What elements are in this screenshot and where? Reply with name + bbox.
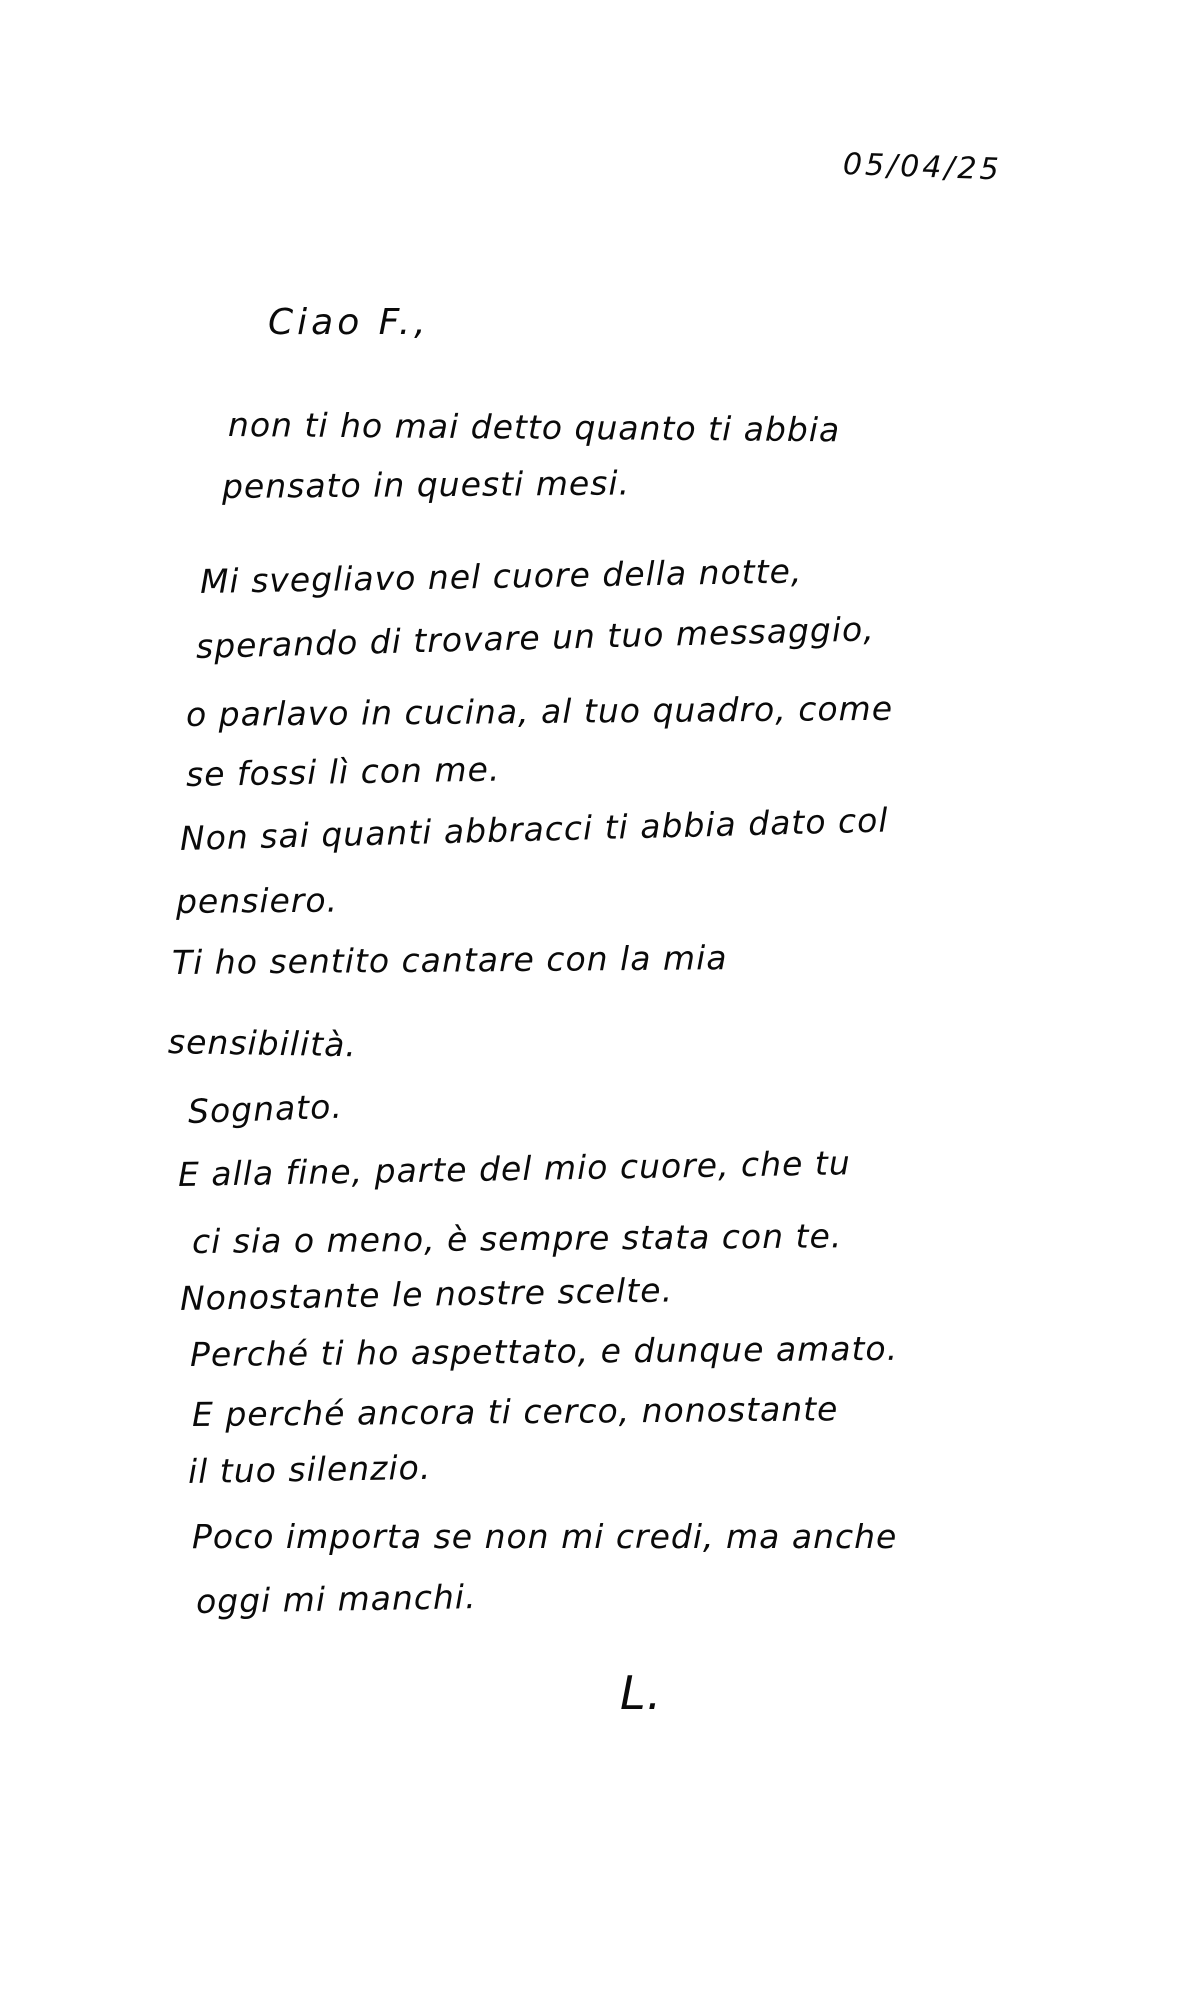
- letter-line: Perché ti ho aspettato, e dunque amato.: [190, 1332, 898, 1371]
- letter-page: 05/04/25 Ciao F., non ti ho mai detto qu…: [0, 0, 1179, 1991]
- letter-greeting: Ciao F.,: [268, 305, 430, 341]
- letter-line: oggi mi manchi.: [196, 1580, 477, 1618]
- letter-line: Ti ho sentito cantare con la mia: [172, 941, 728, 979]
- letter-line: ci sia o meno, è sempre stata con te.: [192, 1219, 843, 1258]
- letter-line: non ti ho mai detto quanto ti abbia: [228, 408, 841, 446]
- letter-line: Mi svegliavo nel cuore della notte,: [200, 554, 803, 598]
- letter-line: pensiero.: [176, 884, 338, 918]
- letter-line: il tuo silenzio.: [188, 1451, 432, 1488]
- letter-line: pensato in questi mesi.: [222, 466, 630, 503]
- letter-line: o parlavo in cucina, al tuo quadro, come: [186, 692, 893, 731]
- letter-line: E perché ancora ti cerco, nonostante: [192, 1392, 839, 1431]
- letter-signature: L.: [620, 1670, 662, 1716]
- letter-line: Non sai quanti abbracci ti abbia dato co…: [180, 803, 889, 855]
- letter-line: sensibilità.: [168, 1025, 357, 1061]
- letter-line: sperando di trovare un tuo messaggio,: [196, 612, 875, 663]
- letter-line: Nonostante le nostre scelte.: [180, 1273, 674, 1315]
- letter-date: 05/04/25: [842, 150, 1002, 186]
- letter-line: Sognato.: [187, 1090, 343, 1128]
- letter-line: se fossi lì con me.: [186, 753, 501, 791]
- letter-line: Poco importa se non mi credi, ma anche: [192, 1520, 897, 1553]
- letter-line: E alla fine, parte del mio cuore, che tu: [178, 1146, 851, 1191]
